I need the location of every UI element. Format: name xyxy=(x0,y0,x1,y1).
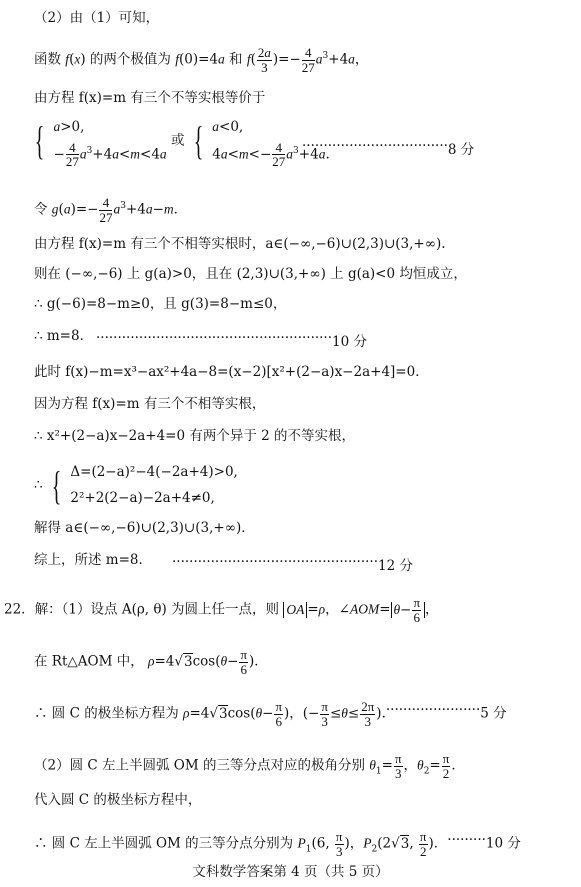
discriminant-system: ∴ { Δ=(2−a)²−4(−2a+4)>0, 2²+2(2−a)−2a+4≠… xyxy=(34,460,238,511)
equivalence-line: 由方程 f(x)=m 有三个不等实根等价于 xyxy=(34,92,265,106)
fraction: 2a3 xyxy=(257,46,272,74)
left-brace: { xyxy=(194,121,204,161)
solution-line: 解得 a∈(−∞,−6)∪(2,3)∪(3,+∞)． xyxy=(34,522,255,536)
q22-line-1: 22．解：（1）设点 A(ρ, θ) 为圆上任一点，则 OA=ρ，∠AOM=θ−… xyxy=(4,596,439,624)
page-footer: 文科数学答案第 4 页（共 5 页） xyxy=(0,860,581,880)
case-systems: { a>0, −427a3+4a<m<4a 或 { a<0, 4a<m<−427… xyxy=(30,114,330,169)
q22-line-4: （2）圆 C 左上半圆弧 OM 的三等分点对应的极角分别 θ1=π3，θ2=π2… xyxy=(34,752,465,780)
conclusion-line: 综上，所述 m=8． xyxy=(34,554,152,568)
score-8: ··································8 分 xyxy=(302,138,474,158)
three-roots-line: 由方程 f(x)=m 有三个不相等实根时，a∈(−∞,−6)∪(2,3)∪(3,… xyxy=(34,238,446,252)
part-2-header: （2）由（1）可知， xyxy=(34,12,159,26)
text: 和 xyxy=(229,52,243,68)
sign-condition-line: 则在 (−∞,−6) 上 g(a)>0，且在 (2,3)∪(3,+∞) 上 g(… xyxy=(34,268,467,282)
quadratic-roots-line: ∴ x²+(2−a)x−2a+4=0 有两个异于 2 的不等实根， xyxy=(34,430,355,444)
g-values-line: ∴ g(−6)=8−m≥0，且 g(3)=8−m≤0， xyxy=(34,298,286,312)
m-equals-8: ∴ m=8． xyxy=(34,330,93,344)
q22-line-2: 在 Rt△AOM 中， ρ=4√3cos(θ−π6)． xyxy=(34,648,268,676)
fraction: 427 xyxy=(302,46,315,74)
left-brace: { xyxy=(52,466,62,506)
extreme-values-line: 函数 f(x) 的两个极值为 f(0)=4a 和 f(2a3)=−427a3+4… xyxy=(34,46,368,74)
score-12: ········································… xyxy=(172,554,413,574)
text: 的两个极值为 xyxy=(90,52,171,68)
q22-line-3: ∴ 圆 C 的极坐标方程为 ρ=4√3cos(θ−π6)，(−π3≤θ≤2π3)… xyxy=(34,700,507,728)
define-g: 令 g(a)=−427a3+4a−m． xyxy=(34,196,187,224)
q22-line-5: 代入圆 C 的极坐标方程中， xyxy=(34,794,201,808)
text: 函数 xyxy=(34,52,61,68)
factorization-line: 此时 f(x)−m=x³−ax²+4a−8=(x−2)[x²+(2−a)x−2a… xyxy=(34,366,429,380)
because-line: 因为方程 f(x)=m 有三个不相等实根， xyxy=(34,398,265,412)
system-1: a>0, −427a3+4a<m<4a xyxy=(54,114,167,169)
system-3: Δ=(2−a)²−4(−2a+4)>0, 2²+2(2−a)−2a+4≠0, xyxy=(70,460,237,511)
q22-line-6: ∴ 圆 C 左上半圆弧 OM 的三等分点分别为 P1(6, π3)，P2(2√3… xyxy=(34,830,521,858)
or-text: 或 xyxy=(171,133,185,149)
score-10: ········································… xyxy=(96,330,367,350)
left-brace: { xyxy=(35,121,45,161)
